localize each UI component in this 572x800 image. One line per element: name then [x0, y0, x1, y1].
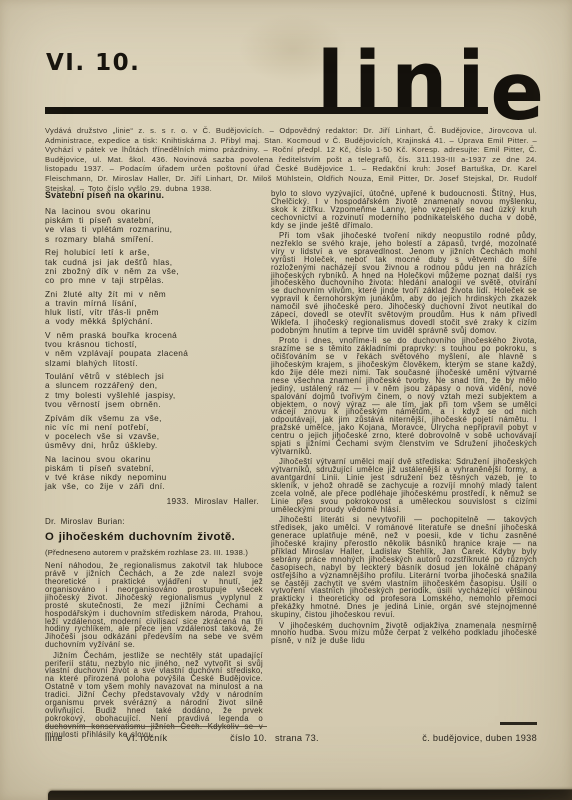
scan-bottom-edge	[48, 789, 572, 800]
footer-right-group: strana 73. č. budějovice, duben 1938	[275, 733, 537, 743]
footer-rule	[45, 726, 267, 727]
article-title: O jihočeském duchovním životě.	[45, 531, 263, 543]
body-paragraph: Při tom však jihočeské tvoření nikdy neo…	[271, 232, 537, 335]
footer-journal-name: linie	[45, 733, 63, 743]
article-byline: Dr. Miroslav Burian:	[45, 517, 263, 526]
poem-stanza: Rej holubicí letí k arše, tak cudná jsi …	[45, 248, 263, 285]
article-right-paragraphs: bylo to slovo vyzývající, útočné, upřené…	[271, 190, 537, 645]
footer-end-dash	[500, 722, 537, 725]
footer-place-date: č. budějovice, duben 1938	[422, 733, 537, 743]
poem-stanza: Na lacinou svou okarinu piskám ti píseň …	[45, 207, 263, 244]
body-paragraph: Jihočeští výtvarní umělci mají dvě střed…	[271, 458, 537, 513]
body-paragraph: bylo to slovo vyzývající, útočné, upřené…	[271, 190, 537, 230]
poem-body: Na lacinou svou okarinu piskám ti píseň …	[45, 207, 263, 492]
poem-title: Svatební píseň na okarinu.	[45, 190, 263, 200]
footer-page-number: strana 73.	[275, 733, 319, 743]
poem-stanza: V něm praská bouřka krocená tvou krásnou…	[45, 331, 263, 368]
article-subtitle: (Předneseno autorem v pražském rozhlase …	[45, 548, 263, 557]
poem-attribution: 1933. Miroslav Haller.	[45, 496, 259, 506]
left-column: Svatební píseň na okarinu. Na lacinou sv…	[45, 190, 263, 741]
footer-issue: číslo 10.	[230, 733, 267, 743]
scanned-magazine-page: VI. 10. linie Vydává družstvo „linie“ z.…	[0, 0, 572, 800]
body-paragraph: Proto i dnes, vnoříme-li se do duchovníh…	[271, 337, 537, 456]
footer-left-group: linie VI. ročník číslo 10.	[45, 733, 267, 743]
body-paragraph: Není náhodou, že regionalismus zakotvil …	[45, 562, 263, 649]
journal-logo-last-letter: e	[490, 53, 554, 132]
body-paragraph: Jihočeští literáti si nevytvořili — poch…	[271, 516, 537, 619]
page-footer: linie VI. ročník číslo 10. strana 73. č.…	[45, 724, 537, 743]
volume-issue-label: VI. 10.	[46, 50, 140, 76]
article-left-paragraphs: Není náhodou, že regionalismus zakotvil …	[45, 562, 263, 738]
poem-stanza: Na lacinou svou okarinu piskám ti píseň …	[45, 455, 263, 492]
poem-stanza: Zni žluté alty žít mi v něm a travin mír…	[45, 290, 263, 327]
right-column: bylo to slovo vyzývající, útočné, upřené…	[271, 190, 537, 741]
poem-stanza: Toulání větrů v stéblech jsi a sluncem r…	[45, 372, 263, 409]
poem-stanza: Zpívám dík všemu za vše, nic víc mi není…	[45, 414, 263, 451]
body-columns: Svatební píseň na okarinu. Na lacinou sv…	[45, 190, 537, 741]
footer-volume: VI. ročník	[126, 733, 168, 743]
header-rule	[45, 107, 488, 114]
body-paragraph: V jihočeském duchovním životě odjakživa …	[271, 622, 537, 646]
masthead-imprint: Vydává družstvo „linie“ z. s. s r. o. v …	[45, 126, 537, 193]
